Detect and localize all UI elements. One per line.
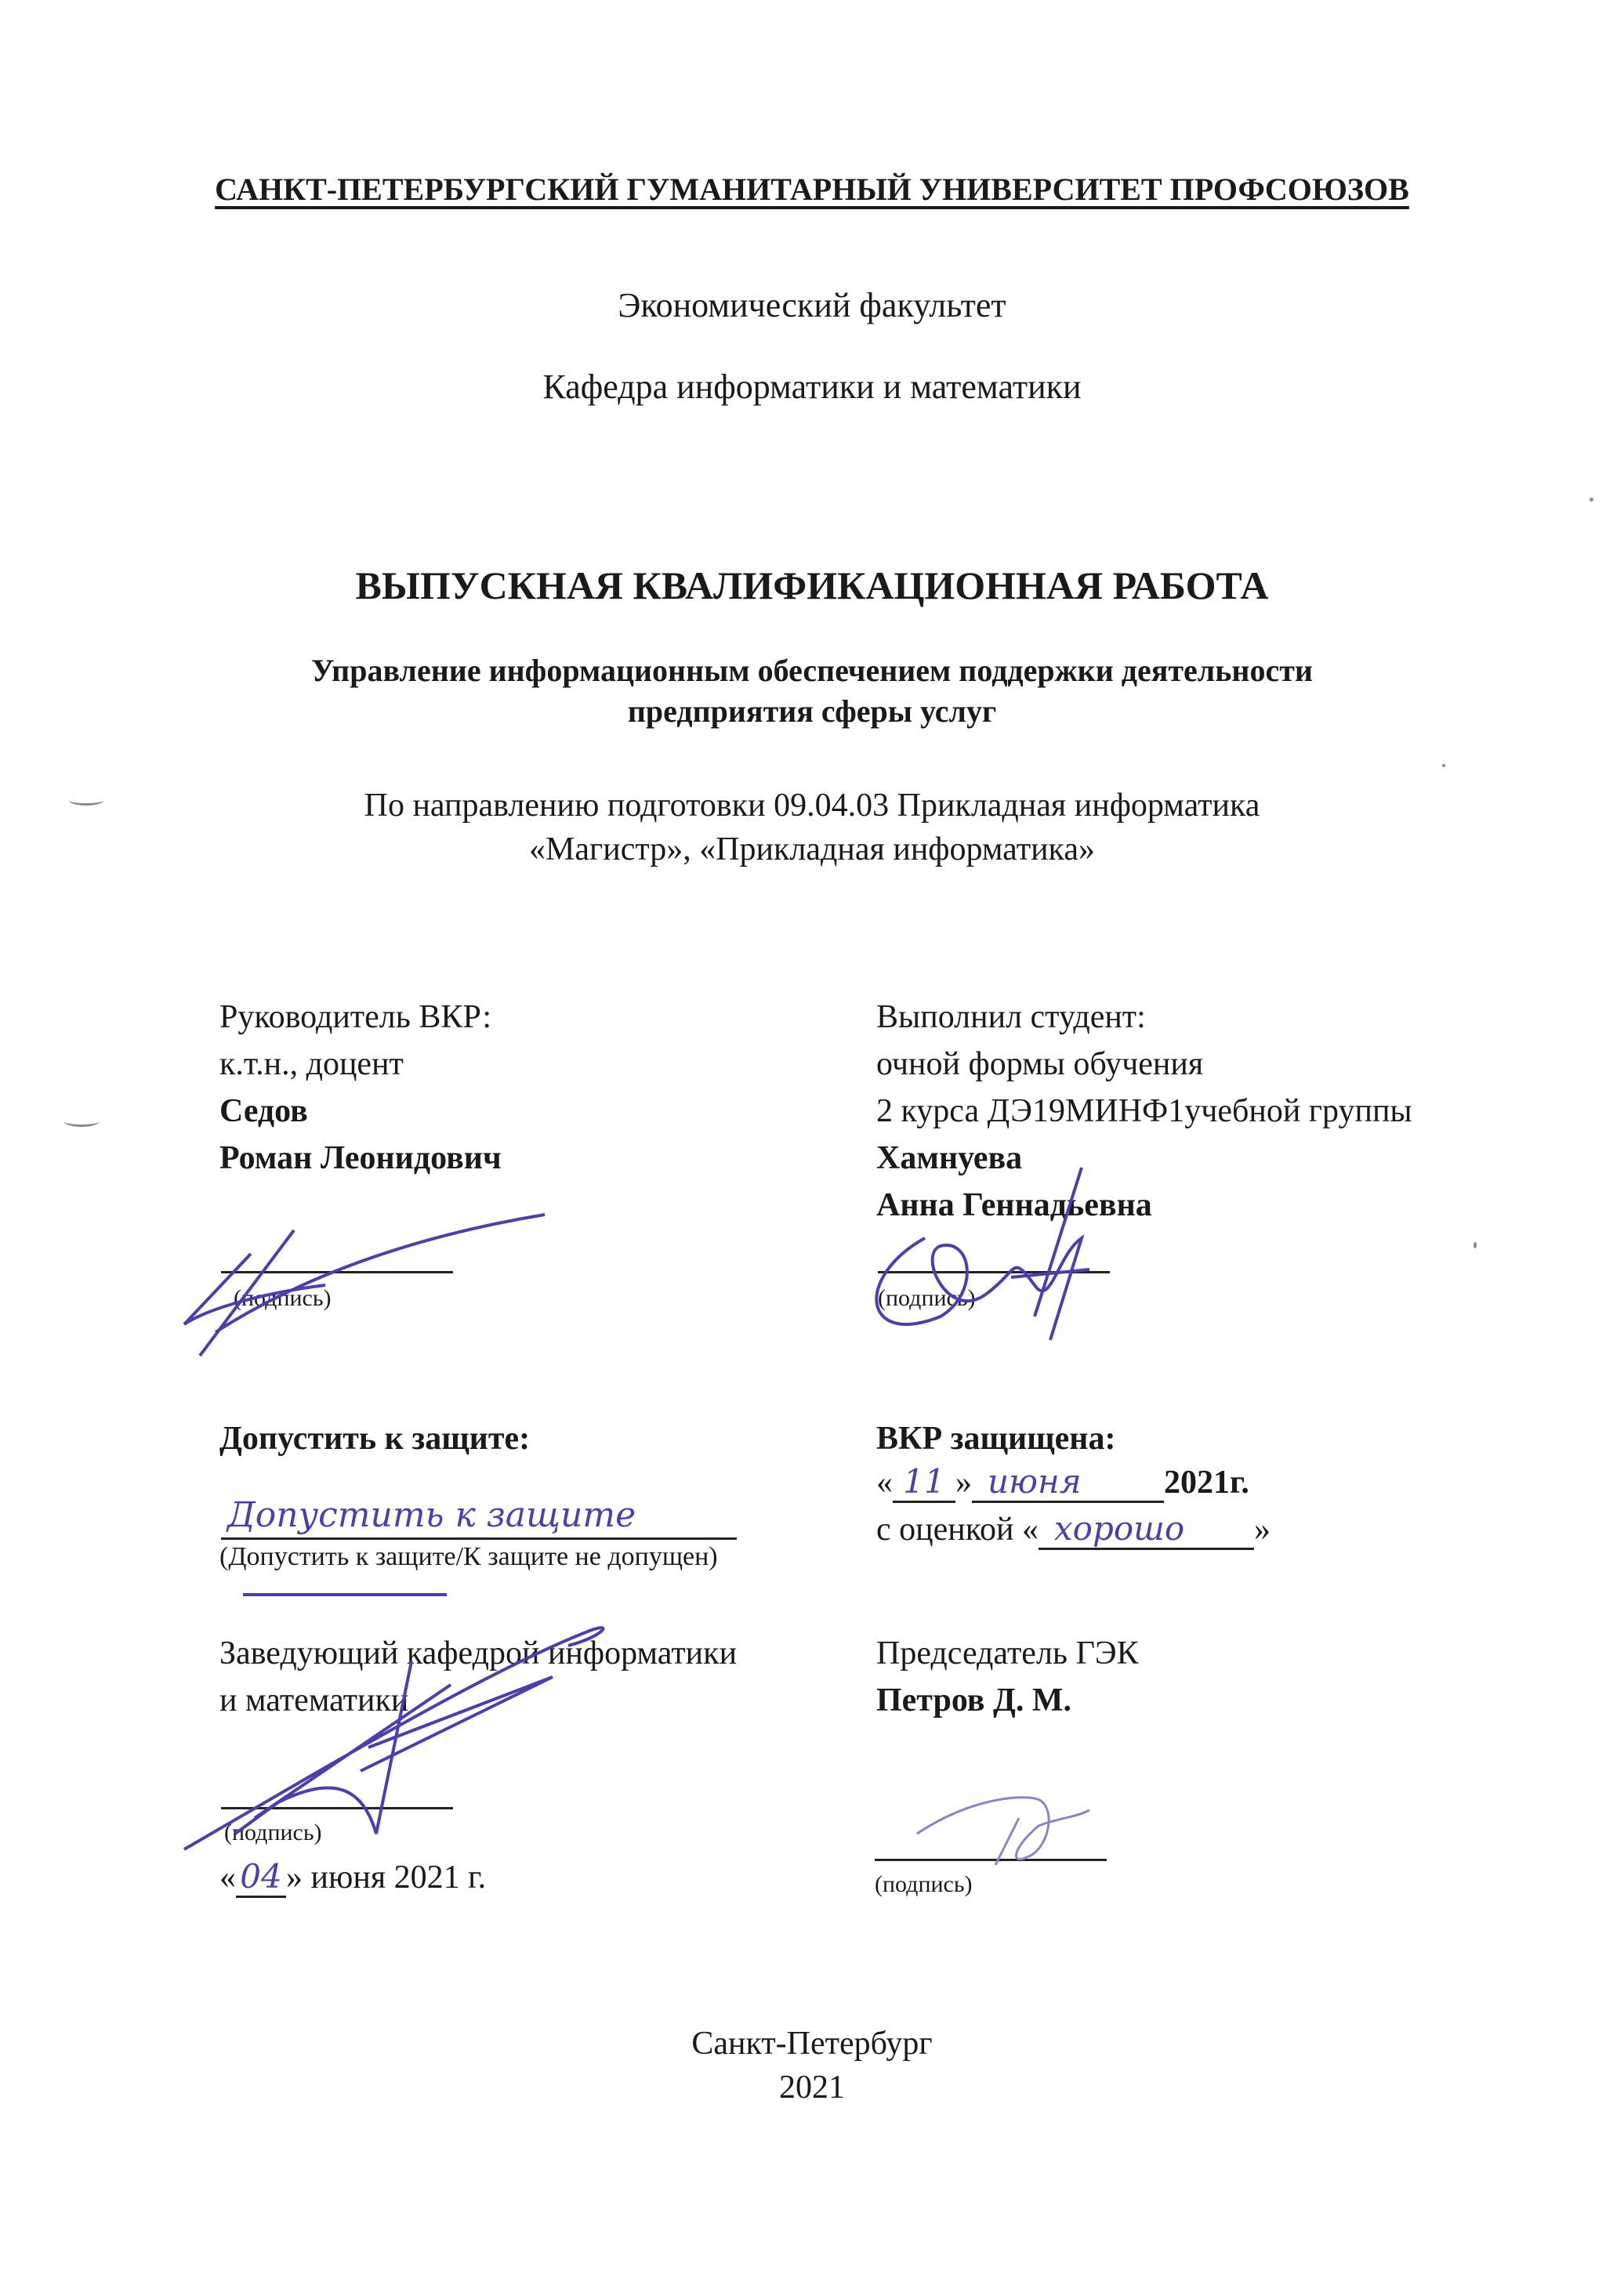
faculty-name: Экономический факультет xyxy=(0,285,1624,325)
defense-date-open-quote: « xyxy=(876,1465,893,1501)
chair-signature-caption: (подпись) xyxy=(875,1871,973,1898)
student-study-form: очной формы обучения xyxy=(876,1041,1412,1088)
scan-punch-mark-bottom xyxy=(64,1117,99,1127)
topic-line-2: предприятия сферы услуг xyxy=(0,691,1624,732)
grade-label: с оценкой « xyxy=(876,1512,1039,1548)
direction-line-1: По направлению подготовки 09.04.03 Прикл… xyxy=(0,784,1624,828)
grade-close-quote: » xyxy=(1254,1512,1271,1548)
admission-date-rest: » июня 2021 г. xyxy=(286,1860,486,1896)
admission-pen-underline xyxy=(243,1593,447,1596)
defense-month: июня xyxy=(972,1462,1164,1503)
scan-speck xyxy=(1474,1242,1477,1248)
admission-date: «04» июня 2021 г. xyxy=(219,1857,486,1898)
head-of-department-signature xyxy=(176,1622,615,1857)
defense-day: 11 xyxy=(893,1462,955,1503)
chair-signature xyxy=(901,1779,1105,1873)
footer: Санкт-Петербург 2021 xyxy=(0,2022,1624,2109)
scan-speck xyxy=(1590,498,1593,502)
defense-grade: с оценкой «хорошо» xyxy=(876,1509,1271,1550)
grade-value: хорошо xyxy=(1039,1509,1254,1550)
supervisor-block: Руководитель ВКР: к.т.н., доцент Седов Р… xyxy=(219,994,502,1182)
scan-punch-mark-top xyxy=(69,795,103,806)
chair-block: Председатель ГЭК Петров Д. М. xyxy=(876,1630,1139,1724)
admission-decision-line xyxy=(221,1537,737,1540)
scan-speck xyxy=(1442,764,1445,767)
chair-label: Председатель ГЭК xyxy=(876,1630,1139,1677)
work-type-title: ВЫПУСКНАЯ КВАЛИФИКАЦИОННАЯ РАБОТА xyxy=(0,563,1624,608)
thesis-topic: Управление информационным обеспечением п… xyxy=(0,650,1624,732)
student-label: Выполнил студент: xyxy=(876,994,1412,1041)
supervisor-name: Роман Леонидович xyxy=(219,1135,502,1182)
student-group: 2 курса ДЭ19МИНФ1учебной группы xyxy=(876,1088,1412,1135)
topic-line-1: Управление информационным обеспечением п… xyxy=(0,650,1624,691)
supervisor-signature xyxy=(169,1207,560,1356)
supervisor-label: Руководитель ВКР: xyxy=(219,994,502,1041)
admission-heading: Допустить к защите: xyxy=(219,1415,530,1462)
chair-name: Петров Д. М. xyxy=(876,1677,1139,1724)
admission-caption: (Допустить к защите/К защите не допущен) xyxy=(219,1542,718,1572)
admission-decision: Допустить к защите xyxy=(227,1495,636,1535)
defense-date: «11»июня2021г. xyxy=(876,1462,1249,1503)
university-name: САНКТ-ПЕТЕРБУРГСКИЙ ГУМАНИТАРНЫЙ УНИВЕРС… xyxy=(0,171,1624,208)
defense-year: 2021г. xyxy=(1164,1465,1249,1501)
supervisor-degree: к.т.н., доцент xyxy=(219,1041,502,1088)
study-direction: По направлению подготовки 09.04.03 Прикл… xyxy=(0,784,1624,871)
admission-date-day: 04 xyxy=(236,1857,286,1898)
city-name: Санкт-Петербург xyxy=(0,2022,1624,2066)
admission-date-open-quote: « xyxy=(219,1860,236,1896)
supervisor-surname: Седов xyxy=(219,1088,502,1135)
defense-heading: ВКР защищена: xyxy=(876,1415,1115,1462)
direction-line-2: «Магистр», «Прикладная информатика» xyxy=(0,828,1624,871)
student-signature xyxy=(854,1160,1152,1348)
defense-date-close-quote: » xyxy=(955,1465,972,1501)
department-name: Кафедра информатики и математики xyxy=(0,367,1624,407)
footer-year: 2021 xyxy=(0,2066,1624,2109)
